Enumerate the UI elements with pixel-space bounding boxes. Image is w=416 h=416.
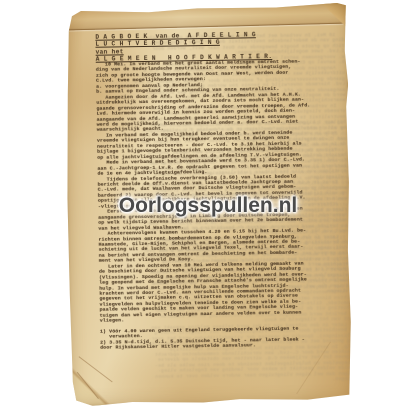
product-photo: 10 Mei. In verband met het groot aantal … xyxy=(0,0,416,416)
watermark-text: Oorlogsspullen.nl xyxy=(0,194,416,218)
